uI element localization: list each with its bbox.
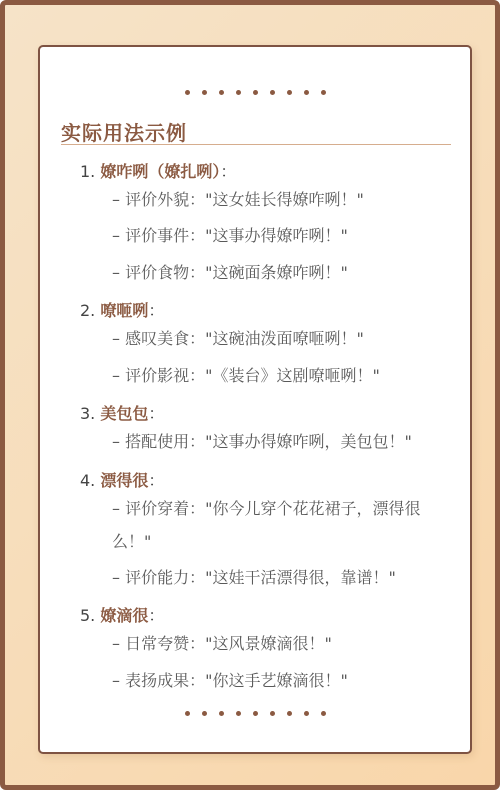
item-number: 2. <box>80 301 95 320</box>
dot-icon <box>270 90 275 95</box>
item-colon: ： <box>148 301 164 320</box>
item-term: 嘹咂咧 <box>100 301 148 320</box>
example-line: – 搭配使用："这事办得嫽咋咧，美包包！" <box>112 425 442 458</box>
item-colon: ： <box>220 162 236 181</box>
example-line: – 评价穿着："你今儿穿个花花裙子，漂得很么！" <box>112 492 442 558</box>
item-number: 4. <box>80 471 95 490</box>
list-item-heading: 2. 嘹咂咧： <box>80 298 164 321</box>
list-item-heading: 1. 嫽咋咧（嫽扎咧）： <box>80 159 236 182</box>
item-term: 嫽咋咧（嫽扎咧） <box>100 162 220 181</box>
example-line: – 评价影视："《装台》这剧嘹咂咧！" <box>112 359 442 392</box>
list-item-heading: 3. 美包包： <box>80 401 164 424</box>
example-line: – 评价能力："这娃干活漂得很，靠谱！" <box>112 561 442 594</box>
item-colon: ： <box>148 471 164 490</box>
list-item-heading: 4. 漂得很： <box>80 468 164 491</box>
dot-icon <box>253 90 258 95</box>
dot-icon <box>202 90 207 95</box>
item-number: 3. <box>80 404 95 423</box>
example-line: – 评价事件："这事办得嫽咋咧！" <box>112 219 442 252</box>
item-term: 漂得很 <box>100 471 148 490</box>
item-number: 5. <box>80 606 95 625</box>
example-line: – 表扬成果："你这手艺嫽滴很！" <box>112 664 442 697</box>
example-line: – 日常夸赞："这风景嫽滴很！" <box>112 627 442 660</box>
dot-icon <box>270 711 275 716</box>
item-number: 1. <box>80 162 95 181</box>
dot-icon <box>219 711 224 716</box>
item-colon: ： <box>148 606 164 625</box>
dot-icon <box>202 711 207 716</box>
dot-icon <box>304 90 309 95</box>
dot-icon <box>287 711 292 716</box>
item-colon: ： <box>148 404 164 423</box>
dot-icon <box>304 711 309 716</box>
item-term: 嫽滴很 <box>100 606 148 625</box>
dot-icon <box>236 711 241 716</box>
dot-icon <box>185 90 190 95</box>
top-dot-divider <box>40 90 470 95</box>
dot-icon <box>253 711 258 716</box>
dot-icon <box>321 711 326 716</box>
title-underline <box>61 144 451 145</box>
dot-icon <box>219 90 224 95</box>
dot-icon <box>236 90 241 95</box>
outer-frame: 实际用法示例 1. 嫽咋咧（嫽扎咧）： – 评价外貌："这女娃长得嫽咋咧！" –… <box>0 0 500 790</box>
dot-icon <box>321 90 326 95</box>
dot-icon <box>287 90 292 95</box>
content-card: 实际用法示例 1. 嫽咋咧（嫽扎咧）： – 评价外貌："这女娃长得嫽咋咧！" –… <box>38 45 472 754</box>
example-line: – 评价外貌："这女娃长得嫽咋咧！" <box>112 183 442 216</box>
section-title: 实际用法示例 <box>61 117 187 146</box>
dot-icon <box>185 711 190 716</box>
example-line: – 感叹美食："这碗油泼面嘹咂咧！" <box>112 322 442 355</box>
list-item-heading: 5. 嫽滴很： <box>80 603 164 626</box>
bottom-dot-divider <box>40 711 470 716</box>
example-line: – 评价食物："这碗面条嫽咋咧！" <box>112 256 442 289</box>
item-term: 美包包 <box>100 404 148 423</box>
